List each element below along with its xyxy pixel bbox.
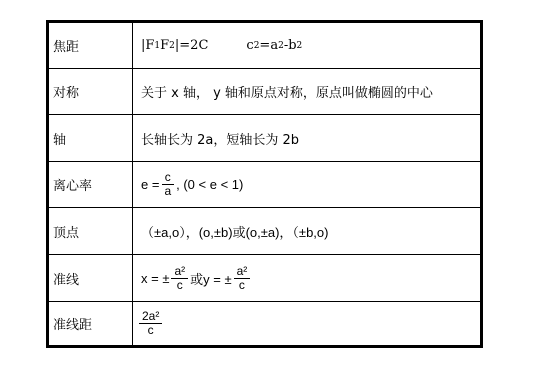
denominator: a (161, 185, 174, 198)
table-row-eccentricity: 离心率 e = c a , (0 < e < 1) (49, 162, 480, 208)
formula-part: |F (141, 38, 154, 53)
numerator: c (162, 171, 174, 185)
row-content: |F1F2|=2C c2=a2-b2 (141, 23, 476, 68)
row-content: 2a² c (137, 302, 476, 345)
numerator: a² (171, 265, 188, 279)
row-content: （±a,o），(o,±b)或(o,±a)，（±b,o) (141, 208, 476, 254)
row-label: 对称 (53, 69, 79, 114)
table-row-directrix-distance: 准线距 2a² c (49, 302, 480, 345)
numerator: a² (234, 265, 251, 279)
fraction: 2a² c (139, 310, 162, 337)
denominator: c (236, 279, 248, 292)
formula-part: c (246, 38, 253, 53)
table-row-focal-distance: 焦距 |F1F2|=2C c2=a2-b2 (49, 23, 480, 69)
row-content: e = c a , (0 < e < 1) (141, 162, 476, 207)
formula-part: , (0 < e < 1) (176, 177, 243, 192)
denominator: c (174, 279, 186, 292)
formula-part: =a (259, 38, 278, 53)
row-label: 轴 (53, 115, 66, 161)
row-content: 长轴长为 2a，短轴长为 2b (141, 115, 476, 161)
denominator: c (145, 324, 157, 337)
row-content: x = ± a² c 或y = ± a² c (141, 255, 476, 301)
numerator: 2a² (139, 310, 162, 324)
row-label: 顶点 (53, 208, 79, 254)
row-label: 焦距 (53, 23, 79, 68)
formula-part: F (160, 38, 169, 53)
table-row-directrix: 准线 x = ± a² c 或y = ± a² c (49, 255, 480, 302)
table-row-symmetry: 对称 关于 x 轴， y 轴和原点对称，原点叫做椭圆的中心 (49, 69, 480, 115)
table-row-vertices: 顶点 （±a,o），(o,±b)或(o,±a)，（±b,o) (49, 208, 480, 255)
ellipse-properties-table: 焦距 |F1F2|=2C c2=a2-b2 对称 关于 x 轴， y 轴和原点对… (46, 20, 483, 348)
fraction: a² c (171, 265, 188, 292)
fraction: c a (161, 171, 174, 198)
row-label: 离心率 (53, 162, 92, 207)
formula-part: 或y = ± (190, 269, 231, 288)
formula-part: -b (284, 38, 297, 53)
row-content: 关于 x 轴， y 轴和原点对称，原点叫做椭圆的中心 (141, 69, 476, 114)
formula-part: e = (141, 177, 159, 192)
table-row-axis: 轴 长轴长为 2a，短轴长为 2b (49, 115, 480, 162)
row-label: 准线距 (53, 302, 92, 345)
formula-part: x = ± (141, 271, 169, 286)
superscript: 2 (297, 41, 303, 51)
fraction: a² c (234, 265, 251, 292)
row-label: 准线 (53, 255, 79, 301)
formula-part: |=2C (175, 38, 209, 53)
